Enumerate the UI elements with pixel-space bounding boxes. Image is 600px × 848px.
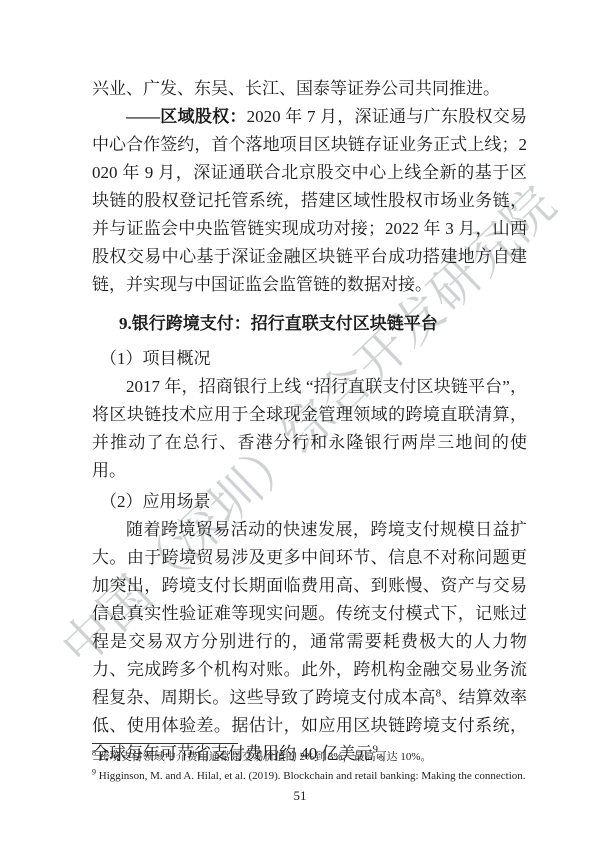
region-equity-text: 2020 年 7 月，深证通与广东股权交易中心合作签约，首个落地项目区块链存证业… xyxy=(92,107,527,294)
footnote-9-marker: 9 xyxy=(92,767,96,776)
footnote-8-text: 跨境支付领域中介费用通常是交易价值的 2%到 3%，最高可达 10%。 xyxy=(99,751,432,763)
subsection-project-overview: （1）项目概况 xyxy=(92,345,527,373)
page-number: 51 xyxy=(0,788,600,804)
document-page: 中国（深圳）综合开发研究院 兴业、广发、东吴、长江、国泰等证券公司共同推进。 —… xyxy=(0,0,600,848)
region-equity-label: ——区域股权： xyxy=(126,107,247,126)
footnote-9: 9 Higginson, M. and A. Hilal, et al. (20… xyxy=(92,768,532,785)
paragraph-application-scenario: 随着跨境贸易活动的快速发展，跨境支付规模日益扩大。由于跨境贸易涉及更多中间环节、… xyxy=(92,516,527,768)
paragraph-project-overview: 2017 年，招商银行上线 “招行直联支付区块链平台”，将区块链技术应用于全球现… xyxy=(92,373,527,485)
footnote-area: 8 跨境支付领域中介费用通常是交易价值的 2%到 3%，最高可达 10%。 9 … xyxy=(92,743,532,786)
paragraph-securities: 兴业、广发、东吴、长江、国泰等证券公司共同推进。 xyxy=(92,75,527,103)
footnote-9-text: Higginson, M. and A. Hilal, et al. (2019… xyxy=(99,770,526,782)
footnote-separator xyxy=(92,743,238,744)
scenario-text-a: 随着跨境贸易活动的快速发展，跨境支付规模日益扩大。由于跨境贸易涉及更多中间环节、… xyxy=(92,520,527,707)
footnote-8: 8 跨境支付领域中介费用通常是交易价值的 2%到 3%，最高可达 10%。 xyxy=(92,749,532,766)
section-heading: 9.银行跨境支付：招行直联支付区块链平台 xyxy=(92,310,527,338)
subsection-application-scenario: （2）应用场景 xyxy=(92,488,527,516)
paragraph-region-equity: ——区域股权：2020 年 7 月，深证通与广东股权交易中心合作签约，首个落地项… xyxy=(92,103,527,299)
body-text: 兴业、广发、东吴、长江、国泰等证券公司共同推进。 ——区域股权：2020 年 7… xyxy=(92,75,527,768)
footnote-8-marker: 8 xyxy=(92,748,96,757)
